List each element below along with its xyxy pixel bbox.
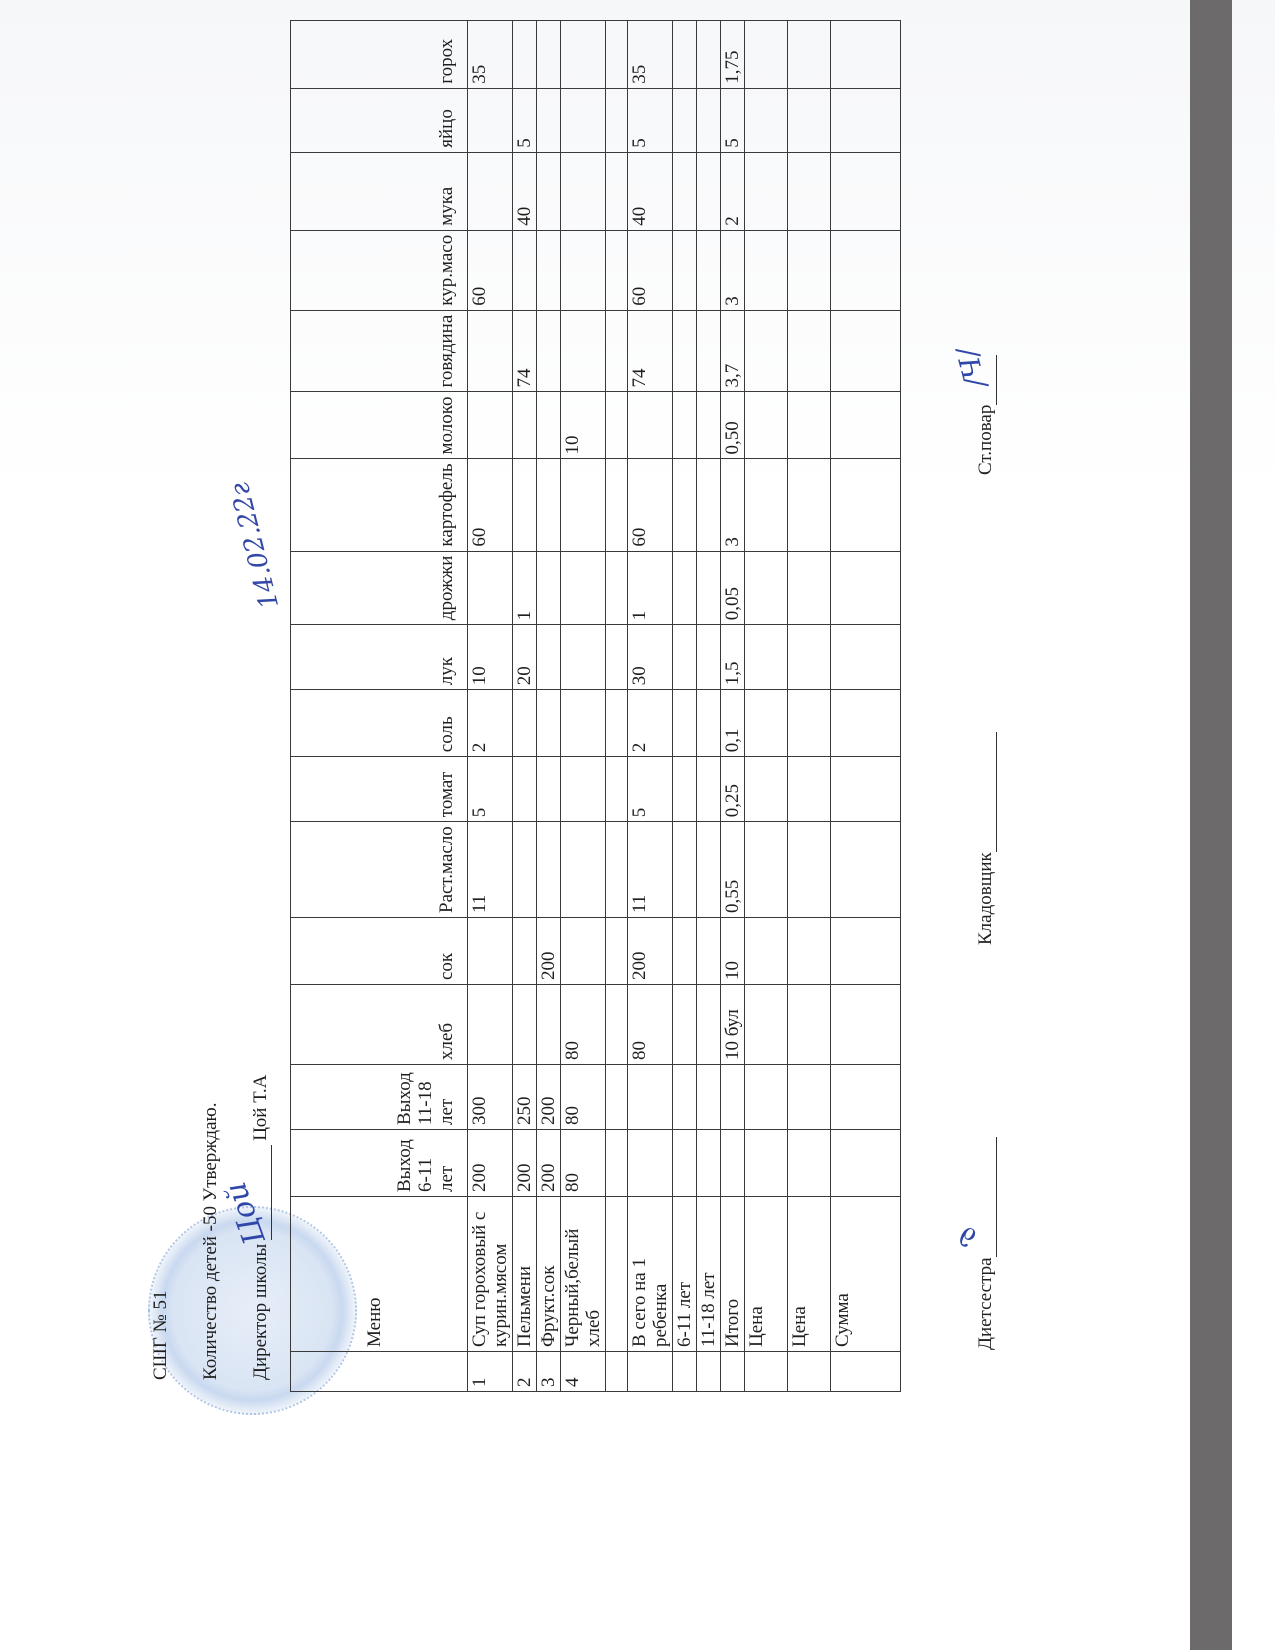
column-header: Меню	[291, 1197, 468, 1352]
table-cell	[537, 392, 561, 459]
director-label: Директор школы	[250, 1244, 271, 1380]
row-number: 1	[468, 1352, 513, 1392]
table-cell	[606, 392, 628, 459]
table-cell	[788, 230, 831, 310]
table-row: Итого10 бул100,550,250,11,50,0530,503,73…	[721, 20, 745, 1391]
table-cell	[606, 20, 628, 88]
table-cell	[537, 822, 561, 918]
table-row: 11-18 лет	[697, 20, 721, 1391]
table-cell	[606, 551, 628, 625]
table-cell	[468, 551, 513, 625]
table-cell: 0,05	[721, 551, 745, 625]
column-header: хлеб	[291, 985, 468, 1065]
table-cell: 5	[513, 88, 537, 152]
table-cell: 80	[561, 985, 606, 1065]
table-row: 2Пельмени20025020174405	[513, 20, 537, 1391]
table-cell: 2	[628, 690, 673, 757]
table-cell	[788, 985, 831, 1065]
scanned-document-page: СШГ № 51 Количество детей -50 Утверждаю.…	[0, 0, 1275, 1650]
table-cell	[673, 20, 697, 88]
table-row: Цена	[745, 20, 788, 1391]
table-cell	[606, 757, 628, 822]
table-cell	[697, 625, 721, 690]
table-cell: 80	[628, 985, 673, 1065]
table-cell: 74	[513, 310, 537, 392]
table-cell	[831, 459, 901, 551]
menu-item-name: Фрукт.сок	[537, 1197, 561, 1352]
table-cell	[831, 822, 901, 918]
table-cell	[537, 152, 561, 230]
table-cell	[606, 625, 628, 690]
table-cell	[468, 152, 513, 230]
table-cell	[537, 230, 561, 310]
table-cell: 10	[561, 392, 606, 459]
table-cell	[697, 310, 721, 392]
table-cell	[788, 310, 831, 392]
table-cell: 1,75	[721, 20, 745, 88]
table-cell	[561, 918, 606, 985]
table-cell	[697, 1065, 721, 1130]
row-number: 2	[513, 1352, 537, 1392]
table-cell: 30	[628, 625, 673, 690]
table-cell	[831, 1065, 901, 1130]
table-cell	[561, 230, 606, 310]
table-cell: 3,7	[721, 310, 745, 392]
table-cell	[697, 551, 721, 625]
menu-item-name: Суп гороховый с курин.мясом	[468, 1197, 513, 1352]
table-row: В сего на 1 ребенка802001152301607460405…	[628, 20, 673, 1391]
table-cell	[745, 822, 788, 918]
table-cell	[788, 392, 831, 459]
table-cell	[745, 985, 788, 1065]
table-cell: 1	[513, 551, 537, 625]
table-cell	[606, 310, 628, 392]
handwritten-date: 14.02.22г	[225, 479, 285, 611]
table-row: 6-11 лет	[673, 20, 697, 1391]
column-header: дрожжи	[291, 551, 468, 625]
table-cell	[513, 985, 537, 1065]
table-cell	[745, 1130, 788, 1197]
table-cell	[745, 625, 788, 690]
table-cell	[673, 985, 697, 1065]
table-cell	[561, 625, 606, 690]
dietitian-signature: Диетсестра	[975, 1137, 997, 1350]
table-cell	[513, 230, 537, 310]
school-title: СШГ № 51	[150, 1291, 172, 1380]
column-header: соль	[291, 690, 468, 757]
menu-item-name	[606, 1197, 628, 1352]
menu-item-name: Черный,белый хлеб	[561, 1197, 606, 1352]
column-header: Выход 6-11 лет	[291, 1130, 468, 1197]
table-cell	[831, 918, 901, 985]
table-cell	[745, 152, 788, 230]
table-cell: 250	[513, 1065, 537, 1130]
column-header: Раст.масло	[291, 822, 468, 918]
table-cell	[831, 310, 901, 392]
table-cell: 1,5	[721, 625, 745, 690]
column-header: Выход 11-18 лет	[291, 1065, 468, 1130]
dietitian-signature-line	[978, 1137, 997, 1257]
table-cell	[513, 392, 537, 459]
table-cell	[673, 822, 697, 918]
table-cell	[468, 310, 513, 392]
table-cell	[468, 392, 513, 459]
table-cell	[745, 20, 788, 88]
table-cell	[673, 230, 697, 310]
table-cell: 80	[561, 1130, 606, 1197]
table-cell	[745, 230, 788, 310]
director-name: Цой Т.А	[250, 1075, 271, 1141]
table-cell	[697, 459, 721, 551]
table-cell: 5	[628, 757, 673, 822]
row-number	[831, 1352, 901, 1392]
table-cell: 20	[513, 625, 537, 690]
table-cell	[561, 152, 606, 230]
children-count-label: Количество детей -50	[200, 1206, 221, 1380]
table-cell: 5	[628, 88, 673, 152]
table-cell	[831, 392, 901, 459]
table-cell	[561, 20, 606, 88]
table-cell	[537, 690, 561, 757]
table-cell: 2	[468, 690, 513, 757]
table-cell	[721, 1065, 745, 1130]
table-cell	[745, 918, 788, 985]
table-cell	[513, 822, 537, 918]
table-cell	[697, 152, 721, 230]
table-cell	[697, 1130, 721, 1197]
approve-label: Утверждаю.	[200, 1103, 221, 1202]
table-cell	[831, 230, 901, 310]
storekeeper-label: Кладовщик	[975, 852, 996, 945]
children-count-line: Количество детей -50 Утверждаю.	[200, 1103, 222, 1380]
table-cell: 3	[721, 230, 745, 310]
table-cell	[673, 459, 697, 551]
table-cell	[537, 88, 561, 152]
table-cell: 60	[468, 459, 513, 551]
menu-item-name: Пельмени	[513, 1197, 537, 1352]
table-cell	[673, 625, 697, 690]
table-cell	[561, 88, 606, 152]
table-cell	[697, 757, 721, 822]
table-header-row: МенюВыход 6-11 летВыход 11-18 летхлебсок…	[291, 20, 468, 1391]
table-cell	[697, 88, 721, 152]
table-cell	[673, 757, 697, 822]
table-cell	[745, 1065, 788, 1130]
row-number	[606, 1352, 628, 1392]
table-cell	[788, 757, 831, 822]
menu-table: МенюВыход 6-11 летВыход 11-18 летхлебсок…	[290, 20, 901, 1392]
table-cell	[745, 757, 788, 822]
table-cell	[745, 551, 788, 625]
table-cell	[831, 1130, 901, 1197]
table-cell	[673, 392, 697, 459]
column-header: кур.масо	[291, 230, 468, 310]
table-cell	[697, 230, 721, 310]
table-cell: 200	[513, 1130, 537, 1197]
table-cell	[537, 310, 561, 392]
table-row: Сумма	[831, 20, 901, 1391]
table-cell	[788, 690, 831, 757]
table-cell: 35	[468, 20, 513, 88]
storekeeper-signature: Кладовщик	[975, 732, 997, 945]
table-cell	[831, 20, 901, 88]
dietitian-label: Диетсестра	[975, 1257, 996, 1350]
menu-item-name: Сумма	[831, 1197, 901, 1352]
table-cell	[468, 985, 513, 1065]
column-header: яйцо	[291, 88, 468, 152]
table-cell	[831, 690, 901, 757]
table-cell: 200	[468, 1130, 513, 1197]
table-row: 4Черный,белый хлеб80808010	[561, 20, 606, 1391]
table-cell: 0,50	[721, 392, 745, 459]
table-cell	[831, 551, 901, 625]
table-cell	[788, 152, 831, 230]
table-cell: 40	[628, 152, 673, 230]
menu-item-name: 11-18 лет	[697, 1197, 721, 1352]
table-cell	[788, 625, 831, 690]
table-row: 1Суп гороховый с курин.мясом200300115210…	[468, 20, 513, 1391]
table-cell: 11	[628, 822, 673, 918]
table-cell	[831, 152, 901, 230]
table-cell	[628, 1065, 673, 1130]
table-cell	[831, 88, 901, 152]
table-cell	[788, 88, 831, 152]
table-cell	[673, 918, 697, 985]
table-cell: 10	[468, 625, 513, 690]
table-cell: 2	[721, 152, 745, 230]
table-cell: 200	[628, 918, 673, 985]
table-cell: 60	[468, 230, 513, 310]
table-cell	[788, 1065, 831, 1130]
table-cell: 80	[561, 1065, 606, 1130]
table-cell: 10 бул	[721, 985, 745, 1065]
table-cell	[697, 918, 721, 985]
table-cell: 11	[468, 822, 513, 918]
table-cell	[788, 822, 831, 918]
table-cell	[831, 757, 901, 822]
head-cook-signature-icon: /Ч/	[950, 344, 992, 392]
storekeeper-signature-line	[978, 732, 997, 852]
table-cell	[673, 690, 697, 757]
table-cell	[697, 985, 721, 1065]
table-cell	[673, 152, 697, 230]
table-cell	[673, 88, 697, 152]
table-cell: 3	[721, 459, 745, 551]
table-cell	[606, 690, 628, 757]
table-cell: 0,55	[721, 822, 745, 918]
table-cell	[537, 757, 561, 822]
table-cell	[745, 88, 788, 152]
table-cell	[745, 459, 788, 551]
table-cell	[697, 20, 721, 88]
table-cell: 200	[537, 918, 561, 985]
table-cell	[745, 690, 788, 757]
column-header: лук	[291, 625, 468, 690]
table-cell	[606, 88, 628, 152]
table-row: 3Фрукт.сок200200200	[537, 20, 561, 1391]
table-cell	[697, 392, 721, 459]
table-cell	[628, 1130, 673, 1197]
table-cell	[513, 20, 537, 88]
table-cell	[537, 985, 561, 1065]
table-cell	[831, 625, 901, 690]
table-row: Цена	[788, 20, 831, 1391]
table-cell	[606, 918, 628, 985]
table-cell	[513, 459, 537, 551]
table-cell	[561, 310, 606, 392]
row-number	[628, 1352, 673, 1392]
table-cell: 35	[628, 20, 673, 88]
table-cell	[673, 310, 697, 392]
table-cell: 60	[628, 459, 673, 551]
table-cell	[606, 985, 628, 1065]
table-cell	[628, 392, 673, 459]
column-header: молоко	[291, 392, 468, 459]
table-cell: 10	[721, 918, 745, 985]
table-cell	[561, 551, 606, 625]
row-number	[788, 1352, 831, 1392]
table-cell	[831, 985, 901, 1065]
table-cell	[561, 757, 606, 822]
table-cell	[537, 20, 561, 88]
table-cell	[788, 1130, 831, 1197]
column-header: горох	[291, 20, 468, 88]
table-cell: 5	[468, 757, 513, 822]
table-cell	[673, 551, 697, 625]
menu-item-name: Цена	[788, 1197, 831, 1352]
table-cell: 200	[537, 1065, 561, 1130]
table-cell	[537, 625, 561, 690]
table-cell	[745, 392, 788, 459]
table-cell: 200	[537, 1130, 561, 1197]
table-cell	[606, 459, 628, 551]
table-row	[606, 20, 628, 1391]
table-cell	[745, 310, 788, 392]
table-cell: 300	[468, 1065, 513, 1130]
table-cell	[788, 551, 831, 625]
table-cell	[606, 152, 628, 230]
table-cell	[561, 459, 606, 551]
row-number: 4	[561, 1352, 606, 1392]
column-header: картофель	[291, 459, 468, 551]
column-header	[291, 1352, 468, 1392]
table-cell: 0,25	[721, 757, 745, 822]
table-cell	[606, 230, 628, 310]
table-cell	[697, 822, 721, 918]
table-cell	[788, 918, 831, 985]
menu-item-name: 6-11 лет	[673, 1197, 697, 1352]
table-cell	[673, 1065, 697, 1130]
scanner-edge-strip	[1190, 0, 1232, 1650]
table-cell: 40	[513, 152, 537, 230]
row-number	[697, 1352, 721, 1392]
menu-item-name: В сего на 1 ребенка	[628, 1197, 673, 1352]
table-cell	[468, 918, 513, 985]
table-cell	[513, 690, 537, 757]
table-cell	[788, 20, 831, 88]
table-cell	[537, 551, 561, 625]
row-number	[721, 1352, 745, 1392]
row-number	[745, 1352, 788, 1392]
row-number	[673, 1352, 697, 1392]
table-cell: 0,1	[721, 690, 745, 757]
head-cook-label: Ст.повар	[975, 405, 996, 475]
column-header: сок	[291, 918, 468, 985]
menu-item-name: Цена	[745, 1197, 788, 1352]
table-cell	[606, 1065, 628, 1130]
table-cell	[721, 1130, 745, 1197]
table-cell: 1	[628, 551, 673, 625]
table-cell	[513, 918, 537, 985]
table-cell	[513, 757, 537, 822]
column-header: говядина	[291, 310, 468, 392]
table-cell	[561, 822, 606, 918]
menu-item-name: Итого	[721, 1197, 745, 1352]
table-cell	[537, 459, 561, 551]
table-cell	[788, 459, 831, 551]
table-cell: 60	[628, 230, 673, 310]
column-header: томат	[291, 757, 468, 822]
column-header: мука	[291, 152, 468, 230]
table-cell: 74	[628, 310, 673, 392]
table-cell	[606, 1130, 628, 1197]
row-number: 3	[537, 1352, 561, 1392]
table-cell: 5	[721, 88, 745, 152]
table-cell	[468, 88, 513, 152]
table-cell	[561, 690, 606, 757]
table-cell	[697, 690, 721, 757]
table-cell	[673, 1130, 697, 1197]
table-cell	[606, 822, 628, 918]
